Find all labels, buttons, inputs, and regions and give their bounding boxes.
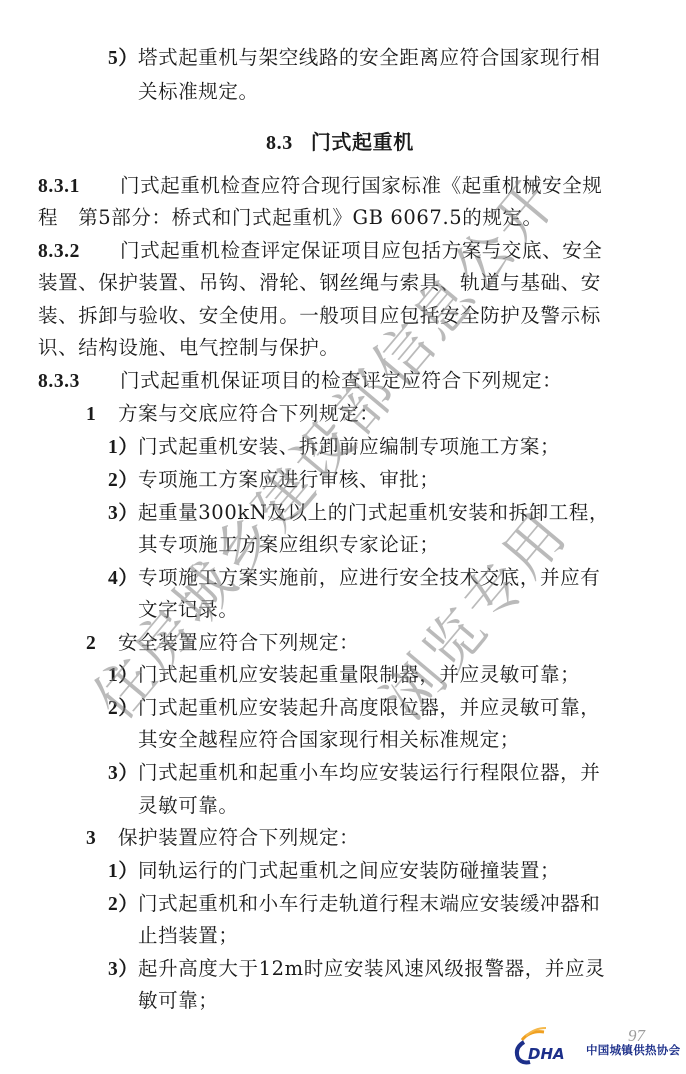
- section-title: 门式起重机: [311, 130, 414, 154]
- clause-8-3-3: 8.3.3门式起重机保证项目的检查评定应符合下列规定：: [38, 369, 562, 394]
- list-item: 3）门式起重机和起重小车均应安装运行行程限位器，并: [108, 761, 600, 786]
- subclause-number: 3: [86, 827, 118, 851]
- list-item: 1）同轨运行的门式起重机之间应安装防碰撞装置；: [108, 859, 560, 884]
- item-text: 关标准规定。: [138, 80, 259, 103]
- clause-continuation: 程 第5部分：桥式和门式起重机》GB 6067.5的规定。: [38, 206, 543, 230]
- list-item: 4）专项施工方案实施前，应进行安全技术交底，并应有: [108, 566, 600, 591]
- item-text: 塔式起重机与架空线路的安全距离应符合国家现行相: [138, 46, 600, 69]
- item-text: 敏可靠；: [138, 989, 218, 1012]
- section-number: 8.3: [266, 132, 293, 154]
- section-heading: 8.3门式起重机: [266, 130, 414, 155]
- item-number: 3）: [108, 502, 138, 526]
- item-text: 起重量300kN及以上的门式起重机安装和拆卸工程，: [138, 501, 609, 524]
- item-text: 门式起重机应安装起重量限制器，并应灵敏可靠；: [138, 663, 580, 686]
- clause-text: 程 第5部分：桥式和门式起重机》GB 6067.5的规定。: [38, 206, 543, 229]
- list-item-continuation: 灵敏可靠。: [138, 794, 239, 818]
- item-number: 3）: [108, 958, 138, 982]
- clause-number: 8.3.3: [38, 370, 120, 394]
- item-number: 2）: [108, 469, 138, 493]
- list-item-continuation: 敏可靠；: [138, 989, 218, 1013]
- clause-continuation: 装置、保护装置、吊钩、滑轮、钢丝绳与索具、轨道与基础、安: [38, 271, 601, 295]
- item-text: 门式起重机和起重小车均应安装运行行程限位器，并: [138, 761, 600, 784]
- subclause-1: 1方案与交底应符合下列规定：: [86, 402, 379, 427]
- subclause-number: 2: [86, 632, 118, 656]
- item-number: 4）: [108, 567, 138, 591]
- subclause-3: 3保护装置应符合下列规定：: [86, 826, 359, 851]
- subclause-number: 1: [86, 403, 118, 427]
- list-item: 1）门式起重机安装、拆卸前应编制专项施工方案；: [108, 435, 560, 460]
- list-item: 3）起升高度大于12m时应安装风速风级报警器，并应灵: [108, 957, 605, 982]
- item-text: 专项施工方案实施前，应进行安全技术交底，并应有: [138, 566, 600, 589]
- subclause-2: 2安全装置应符合下列规定：: [86, 631, 359, 656]
- list-item-continuation: 关标准规定。: [138, 80, 259, 104]
- list-item: 2）门式起重机和小车行走轨道行程末端应安装缓冲器和: [108, 892, 600, 917]
- item-number: 5）: [108, 47, 138, 71]
- clause-number: 8.3.1: [38, 175, 120, 199]
- svg-text:DHA: DHA: [528, 1045, 565, 1063]
- item-text: 门式起重机安装、拆卸前应编制专项施工方案；: [138, 435, 560, 458]
- item-text: 文字记录。: [138, 598, 239, 621]
- subclause-text: 方案与交底应符合下列规定：: [118, 402, 379, 425]
- list-item-continuation: 止挡装置；: [138, 924, 239, 948]
- clause-8-3-1: 8.3.1门式起重机检查应符合现行国家标准《起重机械安全规: [38, 174, 602, 199]
- item-number: 1）: [108, 436, 138, 460]
- item-text: 起升高度大于12m时应安装风速风级报警器，并应灵: [138, 957, 605, 980]
- list-item: 5）塔式起重机与架空线路的安全距离应符合国家现行相: [108, 46, 600, 71]
- item-text: 其安全越程应符合国家现行相关标准规定；: [138, 728, 520, 751]
- document-page: 5）塔式起重机与架空线路的安全距离应符合国家现行相 关标准规定。 8.3门式起重…: [0, 0, 686, 1074]
- clause-8-3-2: 8.3.2门式起重机检查评定保证项目应包括方案与交底、安全: [38, 239, 602, 264]
- item-text: 灵敏可靠。: [138, 794, 239, 817]
- clause-number: 8.3.2: [38, 240, 120, 264]
- item-number: 2）: [108, 697, 138, 721]
- clause-text: 门式起重机检查应符合现行国家标准《起重机械安全规: [120, 174, 602, 197]
- item-text: 同轨运行的门式起重机之间应安装防碰撞装置；: [138, 859, 560, 882]
- item-text: 门式起重机和小车行走轨道行程末端应安装缓冲器和: [138, 892, 600, 915]
- clause-text: 装、拆卸与验收、安全使用。一般项目应包括安全防护及警示标: [38, 304, 601, 327]
- list-item-continuation: 其安全越程应符合国家现行相关标准规定；: [138, 728, 520, 752]
- list-item-continuation: 其专项施工方案应组织专家论证；: [138, 533, 440, 557]
- item-number: 1）: [108, 664, 138, 688]
- list-item: 2）门式起重机应安装起升高度限位器，并应灵敏可靠，: [108, 696, 600, 721]
- item-text: 其专项施工方案应组织专家论证；: [138, 533, 440, 556]
- clause-text: 装置、保护装置、吊钩、滑轮、钢丝绳与索具、轨道与基础、安: [38, 271, 601, 294]
- clause-text: 门式起重机保证项目的检查评定应符合下列规定：: [120, 369, 562, 392]
- list-item: 1）门式起重机应安装起重量限制器，并应灵敏可靠；: [108, 663, 580, 688]
- cdha-logo-icon: DHA: [508, 1026, 582, 1066]
- item-number: 2）: [108, 893, 138, 917]
- subclause-text: 保护装置应符合下列规定：: [118, 826, 359, 849]
- list-item: 2）专项施工方案应进行审核、审批；: [108, 468, 440, 493]
- list-item-continuation: 文字记录。: [138, 598, 239, 622]
- item-number: 3）: [108, 762, 138, 786]
- page-number: 97: [628, 1026, 645, 1046]
- item-number: 1）: [108, 860, 138, 884]
- item-text: 止挡装置；: [138, 924, 239, 947]
- clause-continuation: 装、拆卸与验收、安全使用。一般项目应包括安全防护及警示标: [38, 304, 601, 328]
- clause-continuation: 识、结构设施、电气控制与保护。: [38, 336, 340, 360]
- list-item: 3）起重量300kN及以上的门式起重机安装和拆卸工程，: [108, 501, 609, 526]
- item-text: 专项施工方案应进行审核、审批；: [138, 468, 440, 491]
- clause-text: 门式起重机检查评定保证项目应包括方案与交底、安全: [120, 239, 602, 262]
- clause-text: 识、结构设施、电气控制与保护。: [38, 336, 340, 359]
- subclause-text: 安全装置应符合下列规定：: [118, 631, 359, 654]
- publisher-logo: DHA 中国城镇供热协会: [508, 1026, 684, 1066]
- item-text: 门式起重机应安装起升高度限位器，并应灵敏可靠，: [138, 696, 600, 719]
